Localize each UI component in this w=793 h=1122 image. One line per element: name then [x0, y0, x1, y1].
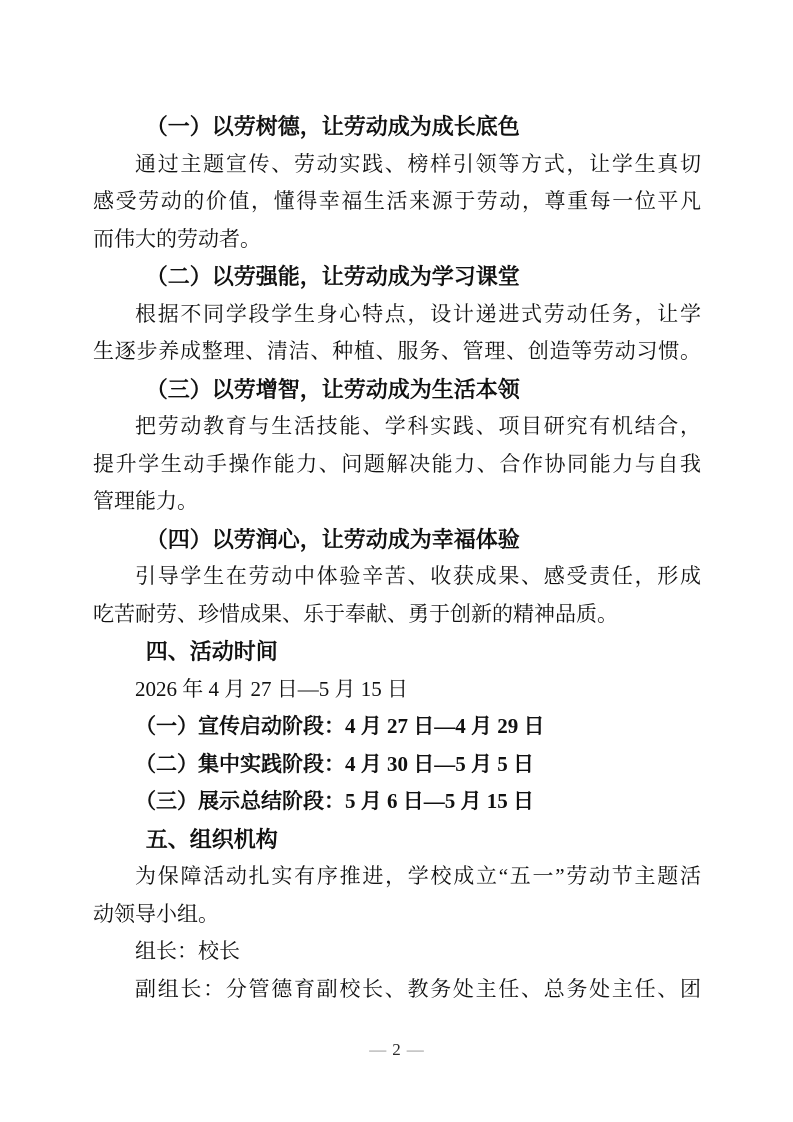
- paragraph-4-line-1: 引导学生在劳动中体验辛苦、收获成果、感受责任，形成: [93, 558, 701, 596]
- deputy-leader-line: 副组长：分管德育副校长、教务处主任、总务处主任、团: [93, 971, 701, 1009]
- subheading-1: （一）以劳树德，让劳动成为成长底色: [93, 108, 701, 146]
- paragraph-4-line-2: 吃苦耐劳、珍惜成果、乐于奉献、勇于创新的精神品质。: [93, 596, 701, 634]
- paragraph-5-line-1: 为保障活动扎实有序推进，学校成立“五一”劳动节主题活: [93, 858, 701, 896]
- stage-line-3: （三）展示总结阶段：5 月 6 日—5 月 15 日: [93, 783, 701, 821]
- subheading-3: （三）以劳增智，让劳动成为生活本领: [93, 371, 701, 409]
- footer-dash-right: —: [401, 1040, 430, 1059]
- paragraph-3-line-2: 提升学生动手操作能力、问题解决能力、合作协同能力与自我: [93, 446, 701, 484]
- paragraph-1-line-1: 通过主题宣传、劳动实践、榜样引领等方式，让学生真切: [93, 146, 701, 184]
- page-number: 2: [392, 1040, 401, 1059]
- section-heading-5: 五、组织机构: [93, 821, 701, 859]
- paragraph-3-line-3: 管理能力。: [93, 483, 701, 521]
- page-footer: —2—: [0, 1036, 793, 1064]
- document-body: （一）以劳树德，让劳动成为成长底色通过主题宣传、劳动实践、榜样引领等方式，让学生…: [93, 108, 701, 1008]
- paragraph-5-line-2: 动领导小组。: [93, 896, 701, 934]
- paragraph-3-line-1: 把劳动教育与生活技能、学科实践、项目研究有机结合，: [93, 408, 701, 446]
- paragraph-1-line-2: 感受劳动的价值，懂得幸福生活来源于劳动，尊重每一位平凡: [93, 183, 701, 221]
- subheading-4: （四）以劳润心，让劳动成为幸福体验: [93, 521, 701, 559]
- paragraph-1-line-3: 而伟大的劳动者。: [93, 221, 701, 259]
- paragraph-2-line-1: 根据不同学段学生身心特点，设计递进式劳动任务，让学: [93, 296, 701, 334]
- leader-line: 组长：校长: [93, 933, 701, 971]
- section-heading-4: 四、活动时间: [93, 633, 701, 671]
- paragraph-2-line-2: 生逐步养成整理、清洁、种植、服务、管理、创造等劳动习惯。: [93, 333, 701, 371]
- footer-dash-left: —: [363, 1040, 392, 1059]
- stage-line-2: （二）集中实践阶段：4 月 30 日—5 月 5 日: [93, 746, 701, 784]
- document-page: （一）以劳树德，让劳动成为成长底色通过主题宣传、劳动实践、榜样引领等方式，让学生…: [0, 0, 793, 1122]
- subheading-2: （二）以劳强能，让劳动成为学习课堂: [93, 258, 701, 296]
- stage-line-1: （一）宣传启动阶段：4 月 27 日—4 月 29 日: [93, 708, 701, 746]
- date-range-line: 2026 年 4 月 27 日—5 月 15 日: [93, 671, 701, 709]
